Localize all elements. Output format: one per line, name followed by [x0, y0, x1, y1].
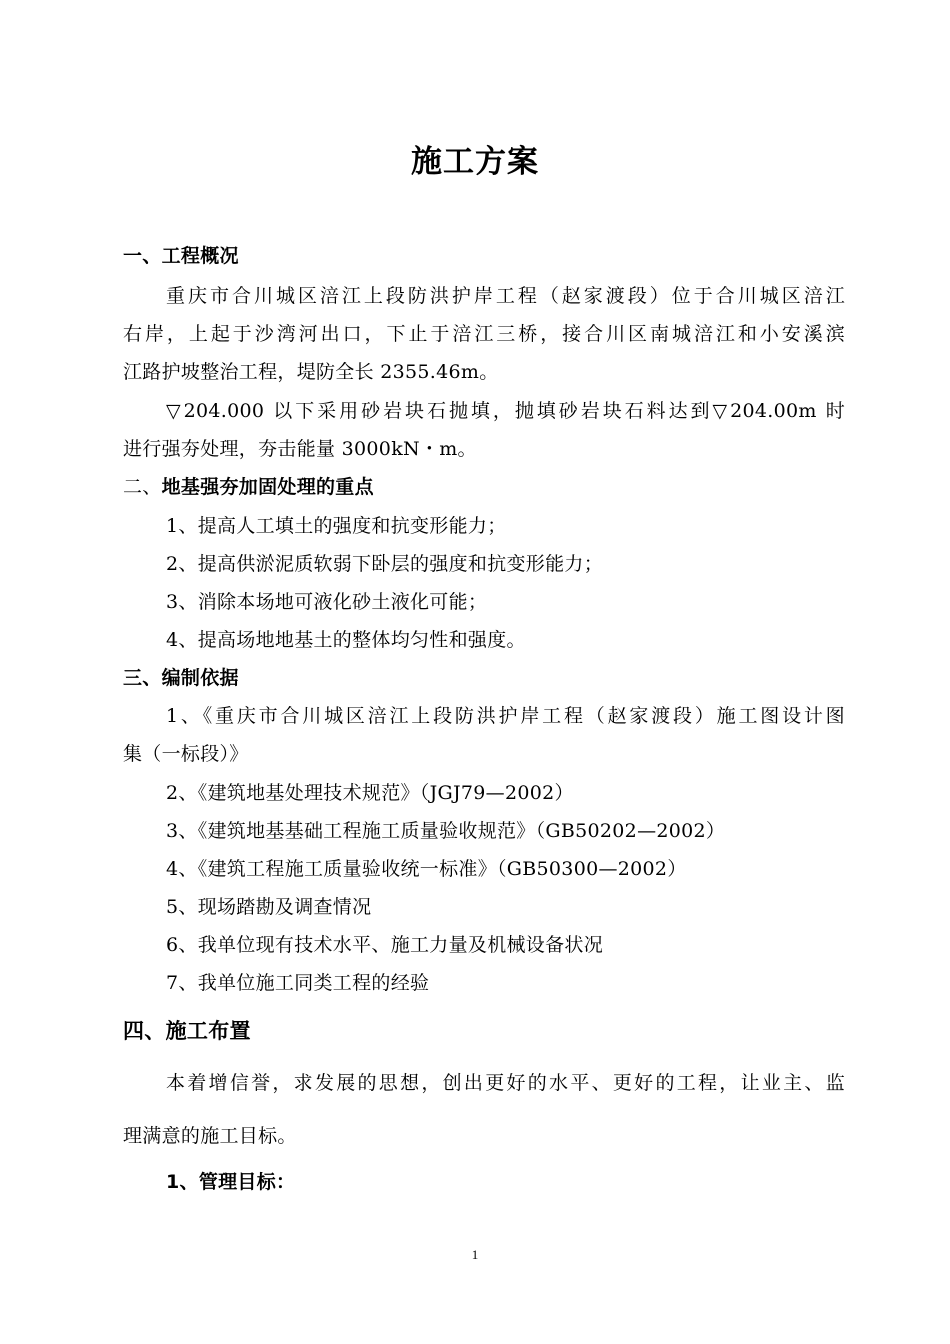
list-item: 5、现场踏勘及调查情况 [166, 895, 371, 919]
section-number: 二、 [123, 476, 162, 498]
section-heading-1: 一、工程概况 [123, 244, 239, 268]
paragraph-line: 进行强夯处理，夯击能量 3000kN・m。 [123, 437, 477, 461]
paragraph-line: 江路护坡整治工程，堤防全长 2355.46m。 [123, 360, 499, 384]
subheading: 1、管理目标： [166, 1170, 295, 1194]
section-title: 地基强夯加固处理的重点 [162, 476, 374, 498]
paragraph-line: 右岸，上起于沙湾河出口，下止于涪江三桥，接合川区南城涪江和小安溪滨 [123, 322, 845, 346]
paragraph-line: ▽204.000 以下采用砂岩块石抛填，抛填砂岩块石料达到▽204.00m 时 [166, 399, 845, 423]
list-item: 4、《建筑工程施工质量验收统一标准》（GB50300—2002） [166, 857, 687, 881]
section-heading-2: 二、地基强夯加固处理的重点 [123, 475, 374, 499]
section-heading-4: 四、施工布置 [123, 1019, 251, 1043]
list-item: 1、《重庆市合川城区涪江上段防洪护岸工程（赵家渡段）施工图设计图 [166, 704, 845, 728]
list-item: 3、《建筑地基基础工程施工质量验收规范》（GB50202—2002） [166, 819, 725, 843]
list-item: 3、消除本场地可液化砂土液化可能； [166, 590, 487, 614]
list-item: 2、提高供淤泥质软弱下卧层的强度和抗变形能力； [166, 552, 603, 576]
document-page: 施工方案 一、工程概况 重庆市合川城区涪江上段防洪护岸工程（赵家渡段）位于合川城… [0, 0, 950, 1344]
section-number: 三、 [123, 667, 162, 689]
page-number: 1 [0, 1247, 950, 1263]
list-item: 7、我单位施工同类工程的经验 [166, 971, 429, 995]
paragraph-line: 理满意的施工目标。 [123, 1124, 297, 1148]
document-title: 施工方案 [0, 142, 950, 182]
section-heading-3: 三、编制依据 [123, 666, 239, 690]
list-item: 4、提高场地地基土的整体均匀性和强度。 [166, 628, 526, 652]
paragraph-line: 重庆市合川城区涪江上段防洪护岸工程（赵家渡段）位于合川城区涪江 [166, 284, 845, 308]
section-title: 施工布置 [166, 1019, 251, 1043]
list-item-continuation: 集（一标段）》 [123, 742, 249, 766]
paragraph-line: 本着增信誉，求发展的思想，创出更好的水平、更好的工程，让业主、监 [166, 1071, 845, 1095]
section-title: 工程概况 [162, 245, 239, 267]
section-number: 四、 [123, 1019, 166, 1043]
list-item: 2、《建筑地基处理技术规范》（JGJ79—2002） [166, 781, 574, 805]
list-item: 1、提高人工填土的强度和抗变形能力； [166, 514, 507, 538]
section-title: 编制依据 [162, 667, 239, 689]
list-item: 6、我单位现有技术水平、施工力量及机械设备状况 [166, 933, 603, 957]
section-number: 一、 [123, 245, 162, 267]
